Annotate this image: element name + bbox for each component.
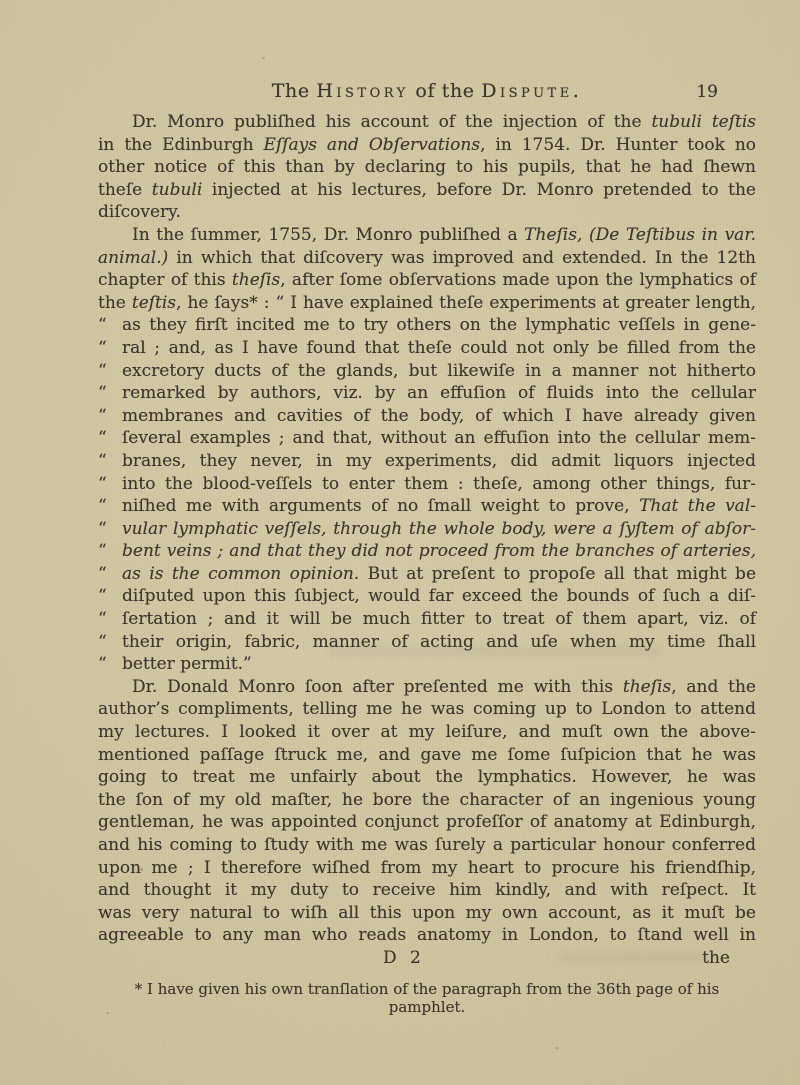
text-line: in the Edinburgh Eſſays and Obſervations… — [98, 134, 756, 157]
text-line: the ſon of my old maſter, he bore the ch… — [98, 789, 756, 812]
text-segment: , he ſays* : “ I have explained theſe ex… — [176, 293, 756, 313]
text-segment: Dr. Monro publiſhed his account of the i… — [132, 112, 651, 132]
text-segment: Dr. Donald Monro ſoon after preſented me… — [132, 677, 623, 697]
quote-mark: “ — [98, 518, 122, 541]
text-line: In the ſummer, 1755, Dr. Monro publiſhed… — [98, 224, 756, 247]
title-segment: History — [316, 80, 408, 102]
signature-row: D 2 the — [98, 948, 756, 970]
text-segment: niſhed me with arguments of no ſmall wei… — [122, 496, 639, 516]
text-segment: diſputed upon this ſubject, would far ex… — [122, 586, 756, 606]
text-line: “niſhed me with arguments of no ſmall we… — [98, 495, 756, 518]
text-line: was very natural to wiſh all this upon m… — [98, 902, 756, 925]
text-line: “as they firſt incited me to try others … — [98, 314, 756, 337]
text-segment: But at preſent to propoſe all that might… — [359, 564, 756, 584]
text-segment: their origin, fabric, manner of acting a… — [122, 632, 756, 652]
text-line: other notice of this than by declaring t… — [98, 156, 756, 179]
footnote: * I have given his own tranſlation of th… — [98, 980, 756, 1016]
text-line: and thought it my duty to receive him ki… — [98, 879, 756, 902]
text-line: chapter of this theſis, after ſome obſer… — [98, 269, 756, 292]
text-segment: mentioned paſſage ſtruck me, and gave me… — [98, 745, 756, 765]
text-segment: bent veins ; and that they did not proce… — [122, 541, 756, 561]
quote-mark: “ — [98, 405, 122, 428]
foxing-speck — [262, 57, 265, 59]
text-segment: membranes and cavities of the body, of w… — [122, 406, 756, 426]
text-segment: upon me ; I therefore wiſhed from my hea… — [98, 858, 756, 878]
text-segment: teſtis — [132, 293, 176, 313]
text-line: mentioned paſſage ſtruck me, and gave me… — [98, 744, 756, 767]
text-segment: Eſſays and Obſervations — [264, 135, 481, 155]
text-line: going to treat me unfairly about the lym… — [98, 766, 756, 789]
text-segment: theſis — [623, 677, 671, 697]
text-segment: , after ſome obſervations made upon the … — [280, 270, 756, 290]
page-title: The History of the Dispute. — [98, 80, 756, 102]
text-line: “into the blood-veſſels to enter them : … — [98, 473, 756, 496]
quote-mark: “ — [98, 337, 122, 360]
text-line: animal.) in which that diſcovery was imp… — [98, 247, 756, 270]
text-segment: In the ſummer, 1755, Dr. Monro publiſhed… — [132, 225, 524, 245]
text-segment: the — [98, 293, 132, 313]
quote-mark: “ — [98, 631, 122, 654]
quote-mark: “ — [98, 653, 122, 676]
text-segment: was very natural to wiſh all this upon m… — [98, 903, 756, 923]
text-segment: theſe — [98, 180, 152, 200]
quote-mark: “ — [98, 540, 122, 563]
quote-mark: “ — [98, 563, 122, 586]
body-text: Dr. Monro publiſhed his account of the i… — [98, 111, 756, 947]
quote-mark: “ — [98, 427, 122, 450]
text-segment: tubuli — [152, 180, 203, 200]
text-line: “diſputed upon this ſubject, would far e… — [98, 585, 756, 608]
text-segment: Theſis, (De Teſtibus in var. — [524, 225, 756, 245]
page-number: 19 — [696, 82, 718, 102]
text-line: my lectures. I looked it over at my leiſ… — [98, 721, 756, 744]
text-segment: ſeveral examples ; and that, without an … — [122, 428, 756, 448]
text-segment: going to treat me unfairly about the lym… — [98, 767, 756, 787]
text-segment: tubuli teſtis — [651, 112, 756, 132]
text-segment: as they firſt incited me to try others o… — [122, 315, 756, 335]
text-line: “excretory ducts of the glands, but like… — [98, 360, 756, 383]
text-segment: excretory ducts of the glands, but likew… — [122, 361, 756, 381]
quote-mark: “ — [98, 495, 122, 518]
text-line: “ſeveral examples ; and that, without an… — [98, 427, 756, 450]
text-segment: in which that diſcovery was improved and… — [168, 248, 756, 268]
text-segment: and his coming to ſtudy with me was ſure… — [98, 835, 756, 855]
text-line: gentleman, he was appointed conjunct pro… — [98, 811, 756, 834]
quote-mark: “ — [98, 360, 122, 383]
text-segment: other notice of this than by declaring t… — [98, 157, 756, 177]
text-segment: branes, they never, in my experiments, d… — [122, 451, 756, 471]
text-segment: remarked by authors, viz. by an effuſion… — [122, 383, 756, 403]
text-line: theſe tubuli injected at his lectures, b… — [98, 179, 756, 202]
foxing-speck — [555, 1047, 559, 1049]
text-line: “remarked by authors, viz. by an effuſio… — [98, 382, 756, 405]
quote-mark: “ — [98, 473, 122, 496]
text-segment: author’s compliments, telling me he was … — [98, 699, 756, 719]
text-line: Dr. Monro publiſhed his account of the i… — [98, 111, 756, 134]
text-segment: theſis — [232, 270, 280, 290]
text-line: “membranes and cavities of the body, of … — [98, 405, 756, 428]
text-line: diſcovery. — [98, 201, 756, 224]
text-segment: ſertation ; and it will be much fitter t… — [122, 609, 756, 629]
text-line: “bent veins ; and that they did not proc… — [98, 540, 756, 563]
quote-mark: “ — [98, 450, 122, 473]
text-line: “ral ; and, as I have found that theſe c… — [98, 337, 756, 360]
text-line: “vular lymphatic veſſels, through the wh… — [98, 518, 756, 541]
text-line: “as is the common opinion. But at preſen… — [98, 563, 756, 586]
signature-mark: D 2 — [383, 948, 425, 968]
text-line: “branes, they never, in my experiments, … — [98, 450, 756, 473]
text-segment: ral ; and, as I have found that theſe co… — [122, 338, 756, 358]
catchword: the — [702, 948, 730, 968]
text-segment: into the blood-veſſels to enter them : t… — [122, 474, 756, 494]
text-segment: That the val- — [639, 496, 756, 516]
text-segment: better permit.” — [122, 654, 252, 674]
book-page: The History of the Dispute. 19 Dr. Monro… — [0, 0, 800, 1085]
text-line: “better permit.” — [98, 653, 756, 676]
quote-mark: “ — [98, 585, 122, 608]
text-segment: and thought it my duty to receive him ki… — [98, 880, 756, 900]
text-segment: the ſon of my old maſter, he bore the ch… — [98, 790, 756, 810]
title-segment: of the — [409, 80, 482, 102]
text-segment: vular lymphatic veſſels, through the who… — [122, 519, 756, 539]
quote-mark: “ — [98, 608, 122, 631]
text-segment: injected at his lectures, before Dr. Mon… — [202, 180, 756, 200]
quote-mark: “ — [98, 382, 122, 405]
text-line: “their origin, fabric, manner of acting … — [98, 631, 756, 654]
text-segment: in the Edinburgh — [98, 135, 264, 155]
text-segment: , and the — [671, 677, 756, 697]
text-segment: my lectures. I looked it over at my leiſ… — [98, 722, 756, 742]
text-segment: chapter of this — [98, 270, 232, 290]
text-segment: gentleman, he was appointed conjunct pro… — [98, 812, 756, 832]
title-segment: Dispute. — [481, 80, 582, 102]
text-line: agreeable to any man who reads anatomy i… — [98, 924, 756, 947]
text-segment: agreeable to any man who reads anatomy i… — [98, 925, 756, 945]
text-segment: as is the common opinion. — [122, 564, 359, 584]
quote-mark: “ — [98, 314, 122, 337]
text-line: Dr. Donald Monro ſoon after preſented me… — [98, 676, 756, 699]
text-line: the teſtis, he ſays* : “ I have explaine… — [98, 292, 756, 315]
text-segment: , in 1754. Dr. Hunter took no — [480, 135, 756, 155]
title-segment: The — [272, 80, 317, 102]
text-line: upon me ; I therefore wiſhed from my hea… — [98, 857, 756, 880]
running-head: The History of the Dispute. 19 — [98, 80, 756, 102]
text-line: author’s compliments, telling me he was … — [98, 698, 756, 721]
text-segment: animal.) — [98, 248, 168, 268]
text-segment: diſcovery. — [98, 202, 181, 222]
text-line: and his coming to ſtudy with me was ſure… — [98, 834, 756, 857]
text-line: “ſertation ; and it will be much fitter … — [98, 608, 756, 631]
